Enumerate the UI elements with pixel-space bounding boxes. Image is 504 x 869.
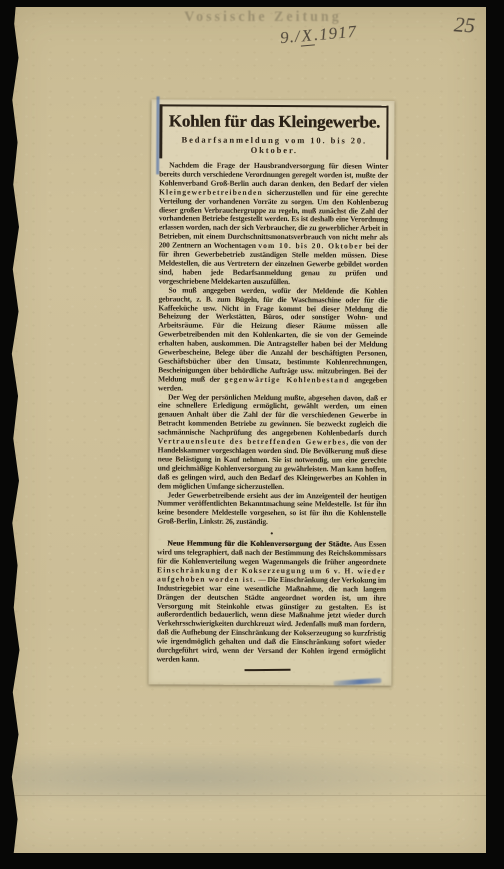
date-day: 9./ <box>279 27 301 48</box>
paragraph-text: Der Weg der persönlichen Meldung mußte, … <box>158 392 387 438</box>
paragraph-text: Nachdem die Frage der Hausbrandversorgun… <box>159 160 388 188</box>
paragraph-text: , die von der Handelskammer vorgeschlage… <box>157 437 386 490</box>
date-year: .1917 <box>313 22 358 45</box>
article-paragraph: Jeder Gewerbetreibende ersieht aus der i… <box>157 491 386 528</box>
article-two-body: Neue Hemmung für die Kohlenversorgung de… <box>157 540 387 666</box>
smudge-mark <box>8 749 486 807</box>
album-paper-page: Vossische Zeitung 9./X.1917 25 Kohlen fü… <box>8 7 486 853</box>
article-paragraph: So muß angegeben werden, wofür der Melde… <box>158 286 388 394</box>
article-paragraph: Nachdem die Frage der Hausbrandversorgun… <box>159 161 389 287</box>
end-divider-rule <box>245 669 291 671</box>
news-clipping: Kohlen für das Kleingewerbe. Bedarfsanme… <box>148 99 394 685</box>
paragraph-text: So muß angegeben werden, wofür der Melde… <box>158 285 388 383</box>
article-headline: Kohlen für das Kleingewerbe. <box>164 111 384 131</box>
scan-canvas: { "page": { "stamp": "Vossische Zeitung"… <box>0 0 504 869</box>
article-subtitle: Bedarfsanmeldung vom 10. bis 20. Oktober… <box>164 134 384 155</box>
blue-pencil-mark-bottom <box>333 678 381 686</box>
article-one-body: Nachdem die Frage der Hausbrandversorgun… <box>157 161 388 527</box>
blue-pencil-mark-left <box>156 96 159 174</box>
article-paragraph: Der Weg der persönlichen Meldung mußte, … <box>157 393 387 492</box>
paragraph-text: Jeder Gewerbetreibende ersieht aus der i… <box>157 490 386 526</box>
article-paragraph: Neue Hemmung für die Kohlenversorgung de… <box>157 540 387 666</box>
headline-box: Kohlen für das Kleingewerbe. Bedarfsanme… <box>159 104 388 159</box>
crease-line <box>8 795 486 796</box>
section-separator-dot: • <box>157 530 386 538</box>
paragraph-text: — Die Einschränkung der Verkokung im Ind… <box>157 575 386 664</box>
paragraph-text: gegenwärtige Kohlenbestand <box>224 375 349 385</box>
page-number: 25 <box>453 12 476 38</box>
